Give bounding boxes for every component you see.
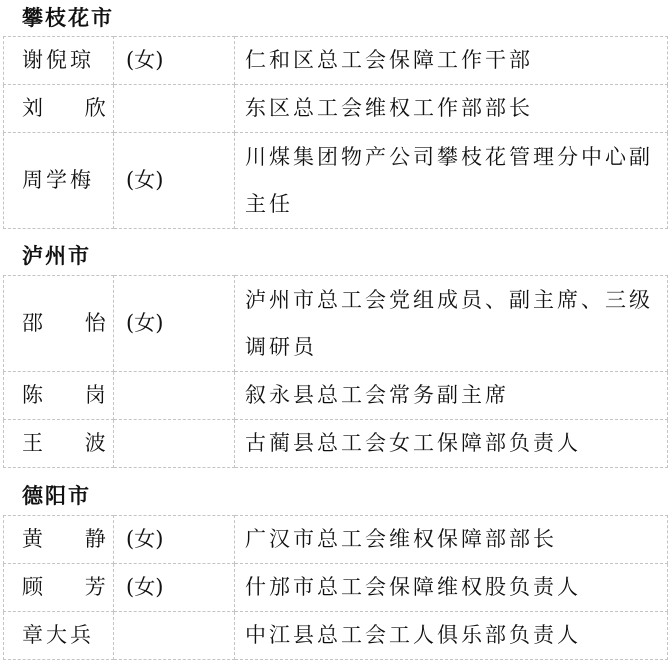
member-gender: (女) <box>114 276 235 372</box>
member-gender: (女) <box>114 516 235 564</box>
member-gender <box>114 612 235 660</box>
section-heading-deyang: 德阳市 <box>22 482 91 510</box>
member-name: 谢倪琼 <box>22 48 94 72</box>
member-gender: (女) <box>114 133 235 229</box>
table-row: 谢倪琼 (女) 仁和区总工会保障工作干部 <box>4 37 668 85</box>
member-table-deyang: 黄 静 (女) 广汉市总工会维权保障部部长 顾 芳 (女) 什邡市总工会保障维权… <box>3 515 668 660</box>
member-title: 叙永县总工会常务副主席 <box>235 372 668 420</box>
member-name: 顾 芳 <box>22 575 109 599</box>
member-title: 古蔺县总工会女工保障部负责人 <box>235 420 668 468</box>
table-row: 顾 芳 (女) 什邡市总工会保障维权股负责人 <box>4 564 668 612</box>
member-title: 川煤集团物产公司攀枝花管理分中心副主任 <box>235 133 668 229</box>
table-row: 刘 欣 东区总工会维权工作部部长 <box>4 85 668 133</box>
member-name: 周学梅 <box>22 168 94 192</box>
member-title: 什邡市总工会保障维权股负责人 <box>235 564 668 612</box>
member-table-panzhihua: 谢倪琼 (女) 仁和区总工会保障工作干部 刘 欣 东区总工会维权工作部部长 周学… <box>3 36 668 229</box>
member-table-luzhou: 邵 怡 (女) 泸州市总工会党组成员、副主席、三级调研员 陈 岗 叙永县总工会常… <box>3 275 668 468</box>
member-title: 泸州市总工会党组成员、副主席、三级调研员 <box>235 276 668 372</box>
member-name: 陈 岗 <box>22 383 109 407</box>
member-gender <box>114 372 235 420</box>
member-name: 章大兵 <box>22 623 94 647</box>
member-gender <box>114 85 235 133</box>
member-name: 刘 欣 <box>22 96 109 120</box>
member-name: 黄 静 <box>22 527 109 551</box>
member-name: 邵 怡 <box>22 311 109 335</box>
section-heading-luzhou: 泸州市 <box>22 242 91 270</box>
table-row: 章大兵 中江县总工会工人俱乐部负责人 <box>4 612 668 660</box>
member-gender <box>114 420 235 468</box>
member-name: 王 波 <box>22 431 109 455</box>
section-heading-panzhihua: 攀枝花市 <box>22 4 114 32</box>
table-row: 邵 怡 (女) 泸州市总工会党组成员、副主席、三级调研员 <box>4 276 668 372</box>
table-row: 王 波 古蔺县总工会女工保障部负责人 <box>4 420 668 468</box>
table-row: 黄 静 (女) 广汉市总工会维权保障部部长 <box>4 516 668 564</box>
member-title: 仁和区总工会保障工作干部 <box>235 37 668 85</box>
member-title: 广汉市总工会维权保障部部长 <box>235 516 668 564</box>
member-title: 中江县总工会工人俱乐部负责人 <box>235 612 668 660</box>
table-row: 陈 岗 叙永县总工会常务副主席 <box>4 372 668 420</box>
member-gender: (女) <box>114 564 235 612</box>
table-row: 周学梅 (女) 川煤集团物产公司攀枝花管理分中心副主任 <box>4 133 668 229</box>
member-title: 东区总工会维权工作部部长 <box>235 85 668 133</box>
member-gender: (女) <box>114 37 235 85</box>
